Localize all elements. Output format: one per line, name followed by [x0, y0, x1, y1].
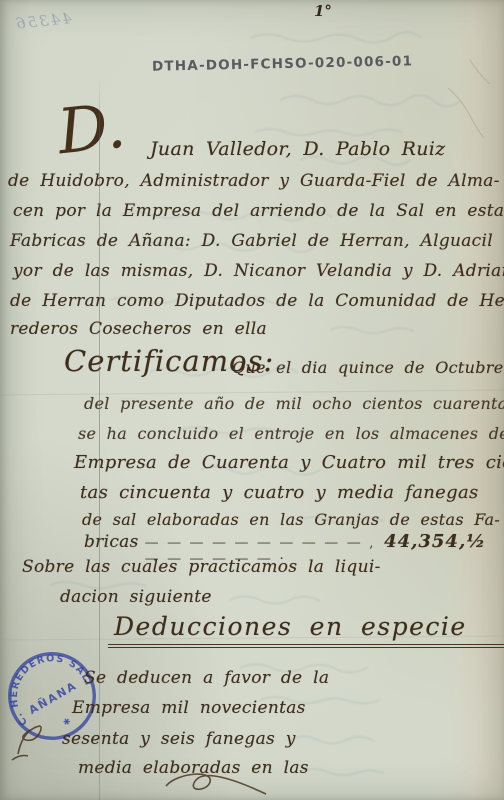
- archive-reference-code: DTHA-DOH-FCHSO-020-006-01: [152, 53, 413, 74]
- certify-line: del presente año de mil ocho cientos cua…: [84, 394, 504, 413]
- certify-intro: Que el dia quince de Octubre: [232, 358, 504, 377]
- liquidation-line: Sobre las cuales practicamos la liqui-: [22, 557, 381, 577]
- manuscript-page: 1° 44356 DTHA-DOH-FCHSO-020-006-01 D. Ju…: [0, 0, 504, 800]
- bleedthrough-number: 44356: [13, 9, 72, 33]
- certify-line: tas cincuenta y cuatro y media fanegas: [80, 482, 479, 503]
- opening-line: rederos Cosecheros en ella: [10, 319, 267, 339]
- ornate-initial: D.: [54, 89, 128, 169]
- opening-line: cen por la Empresa del arriendo de la Sa…: [13, 201, 504, 221]
- margin-rule-line: [99, 78, 100, 800]
- closing-flourish: [162, 770, 272, 800]
- deduction-line: Se deducen a favor de la: [84, 668, 329, 688]
- certify-line: se ha concluido el entroje en los almace…: [78, 424, 504, 443]
- opening-line: Juan Valledor, D. Pablo Ruiz: [150, 138, 445, 160]
- total-fanegas-value: 44,354,½: [384, 531, 486, 552]
- section-heading: Deducciones en especie: [108, 612, 504, 648]
- marginal-rubric: [10, 716, 70, 766]
- deduction-line: Empresa mil novecientas: [72, 698, 306, 718]
- certify-line: de sal elaboradas en las Granjas de esta…: [82, 510, 500, 529]
- certify-line: Empresa de Cuarenta y Cuatro mil tres ci…: [74, 452, 504, 473]
- opening-line: de Huidobro, Administrador y Guarda-Fiel…: [8, 171, 500, 191]
- liquidation-line: dacion siguiente: [60, 587, 212, 607]
- deduction-line: sesenta y seis fanegas y: [62, 729, 296, 749]
- folio-number: 1°: [314, 2, 332, 20]
- opening-line: yor de las mismas, D. Nicanor Velandia y…: [13, 261, 504, 281]
- ink-layer: 1° 44356 DTHA-DOH-FCHSO-020-006-01 D. Ju…: [0, 0, 504, 800]
- opening-line: de Herran como Diputados de la Comunidad…: [10, 291, 504, 311]
- amount-prefix: bricas: [84, 532, 139, 552]
- opening-line: Fabricas de Añana: D. Gabriel de Herran,…: [10, 231, 504, 251]
